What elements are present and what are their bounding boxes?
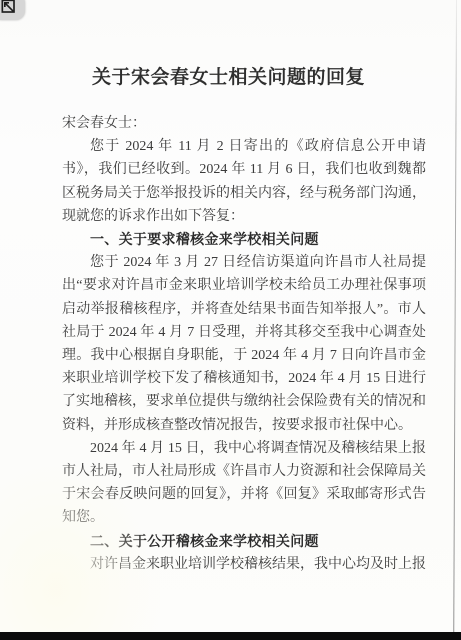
- document-title: 关于宋会春女士相关问题的回复: [0, 62, 459, 89]
- paragraph-section1-b: 2024 年 4 月 15 日，我中心将调查情况及稽核结果上报市人社局，市人社局…: [62, 437, 426, 530]
- paragraph-intro: 您于 2024 年 11 月 2 日寄出的《政府信息公开申请书》，我们已经收到。…: [62, 135, 426, 228]
- paragraph-section2-a: 对许昌金来职业培训学校稽核结果，我中心均及时上报: [62, 553, 426, 576]
- paragraph-section1-a: 您于 2024 年 3 月 27 日经信访渠道向许昌市人社局提出“要求对许昌市金…: [62, 251, 426, 437]
- document-body: 宋会春女士： 您于 2024 年 11 月 2 日寄出的《政府信息公开申请书》，…: [62, 112, 426, 576]
- section-heading-2: 二、关于公开稽核金来学校相关问题: [62, 530, 426, 553]
- salutation-line: 宋会春女士：: [62, 112, 426, 135]
- corner-arrow-icon[interactable]: [0, 0, 25, 20]
- arrow-up-left-icon: [0, 0, 19, 17]
- letterbox-bottom-bar: [0, 632, 461, 640]
- document-page: 关于宋会春女士相关问题的回复 宋会春女士： 您于 2024 年 11 月 2 日…: [0, 0, 461, 640]
- page-edge-shadow: [453, 0, 457, 632]
- photo-viewer: 关于宋会春女士相关问题的回复 宋会春女士： 您于 2024 年 11 月 2 日…: [0, 0, 461, 640]
- section-heading-1: 一、关于要求稽核金来学校相关问题: [62, 228, 426, 251]
